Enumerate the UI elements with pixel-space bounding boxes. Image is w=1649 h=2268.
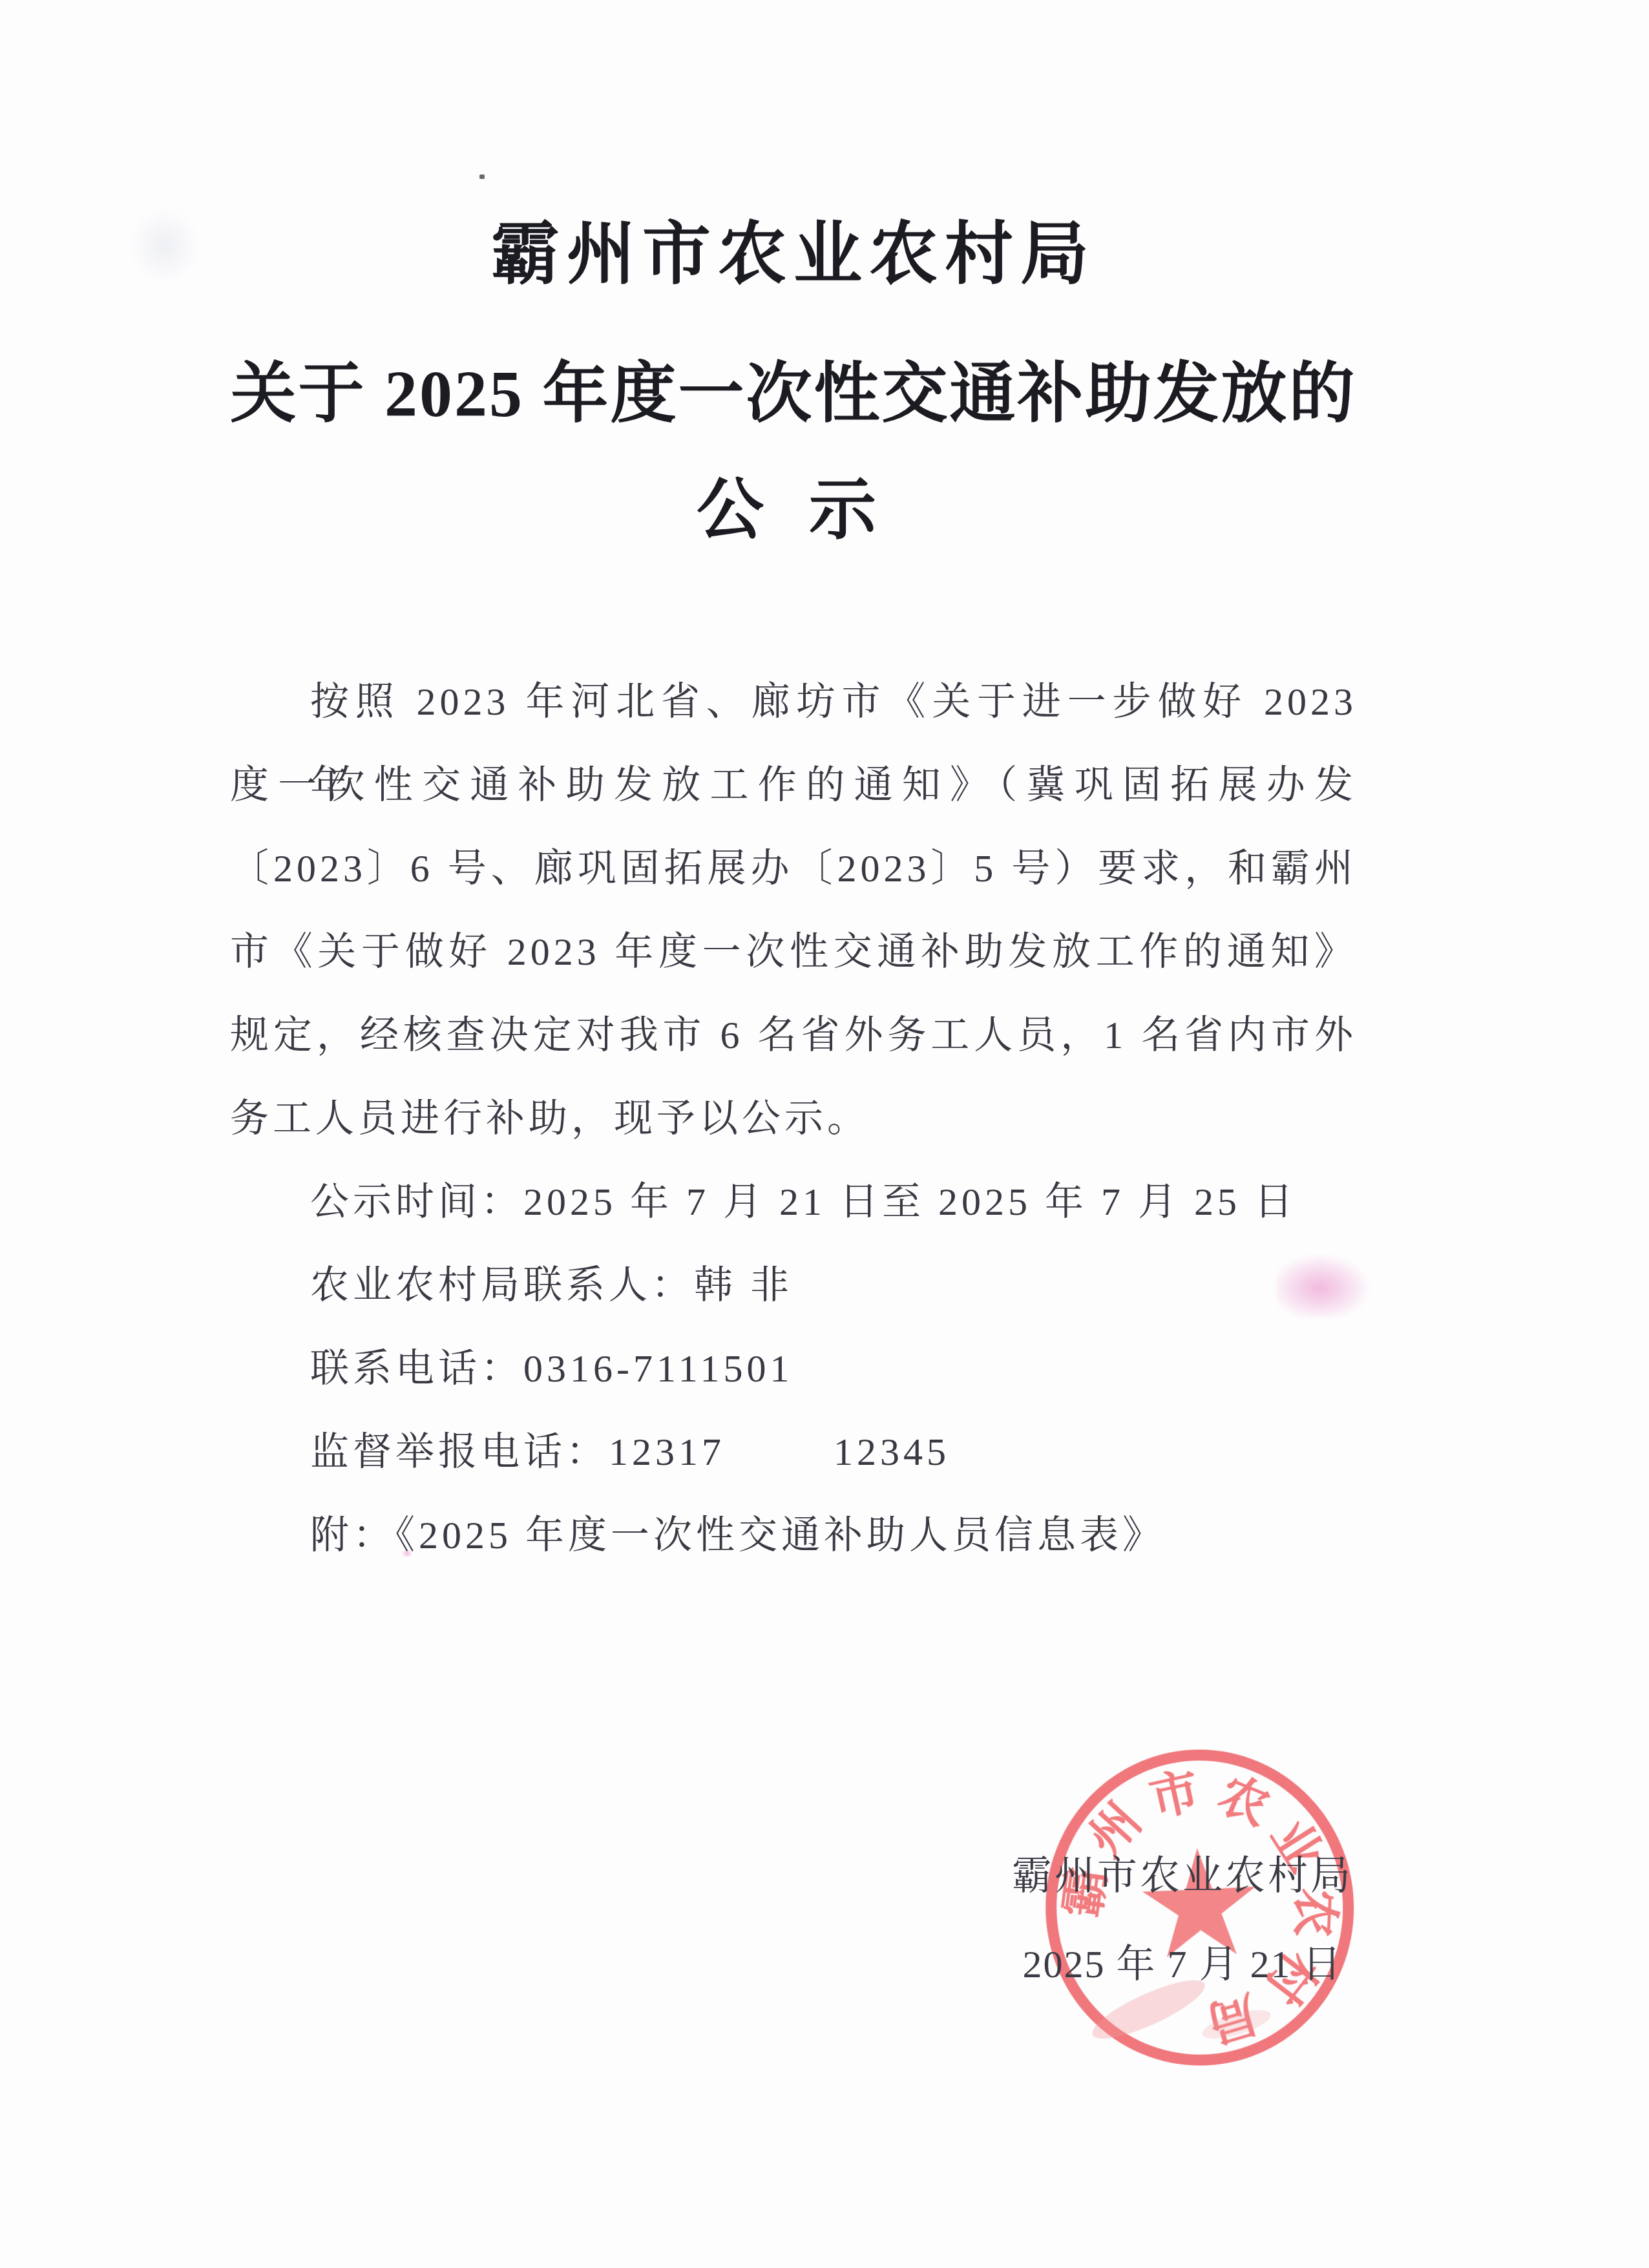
body-line-attachment: 附：《2025 年度一次性交通补助人员信息表》	[230, 1494, 1357, 1577]
title-notice-type: 公 示	[230, 476, 1357, 547]
body-line-notice-period: 公示时间：2025 年 7 月 21 日至 2025 年 7 月 25 日	[230, 1160, 1357, 1244]
body-line-contact-person: 农业农村局联系人：韩 非	[230, 1244, 1357, 1327]
official-seal: 霸 州 市 农 业 农 村 局	[1031, 1736, 1376, 2088]
title-subject-line: 关于 2025 年度一次性交通补助发放的	[230, 357, 1357, 433]
title-org-line: 霸州市农业农村局	[230, 218, 1357, 291]
scan-artifact-ink-dot	[479, 174, 485, 179]
scan-artifact-gray-blob	[129, 207, 200, 284]
body-line: 〔2023〕6 号、廊巩固拓展办〔2023〕5 号）要求，和霸州	[230, 827, 1357, 910]
seal-arc-char: 市	[1145, 1763, 1204, 1827]
body-text: 按照 2023 年河北省、廊坊市《关于进一步做好 2023 年 度一次性交通补助…	[230, 660, 1357, 1577]
body-line: 度一次性交通补助发放工作的通知》（冀巩固拓展办发	[230, 744, 1357, 827]
body-line: 市《关于做好 2023 年度一次性交通补助发放工作的通知》	[230, 910, 1357, 994]
body-line: 规定，经核查决定对我市 6 名省外务工人员，1 名省内市外	[230, 994, 1357, 1077]
scanned-notice-page: 霸州市农业农村局 关于 2025 年度一次性交通补助发放的 公 示 按照 202…	[0, 0, 1649, 2268]
body-line: 按照 2023 年河北省、廊坊市《关于进一步做好 2023 年	[230, 660, 1357, 744]
signature-date: 2025 年 7 月 21 日	[1007, 1942, 1358, 1986]
signature-org: 霸州市农业农村局	[1007, 1854, 1358, 1899]
body-line-report-hotlines: 监督举报电话：12317 12345	[230, 1411, 1357, 1494]
body-line: 务工人员进行补助，现予以公示。	[230, 1077, 1357, 1160]
body-line-contact-phone: 联系电话：0316-7111501	[230, 1327, 1357, 1411]
